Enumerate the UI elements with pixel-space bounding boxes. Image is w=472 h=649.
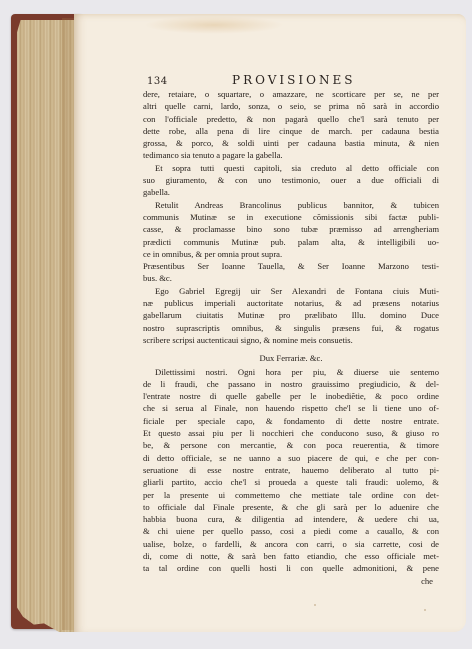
text-line: & chi uiene per quello passo, cosi a pie… [143, 525, 439, 537]
page-text: dere, retaiare, o squartare, o amazzare,… [143, 88, 439, 587]
text-line: ficiale per speciale capo, & fondamento … [143, 415, 439, 427]
paragraph-retulit: Retulit Andreas Brancolinus publicus ban… [143, 199, 439, 260]
paragraph-notary: Ego Gabriel Egregij uir Ser Alexandri de… [143, 285, 439, 346]
paragraph-official-oath: Et sopra tutti questi capitoli, sia cred… [143, 162, 439, 199]
paragraph-ducal-letter: Dilettissimi nostri. Ogni hora per piu, … [143, 366, 439, 575]
text-line: de li fraudi, che passano in nostro grau… [143, 378, 439, 390]
text-line: bus. &c. [143, 272, 439, 284]
text-line: dette robe, alla pena di lire cinque de … [143, 125, 439, 137]
text-line: di detto officiale, se ne uanno a suo pi… [143, 452, 439, 464]
text-line: Et sopra tutti questi capitoli, sia cred… [143, 162, 439, 174]
text-line: grossa, & porco, & soldi uinti per cadau… [143, 137, 439, 149]
running-head: PROVISIONES [232, 73, 355, 87]
text-line: communis Mutinæ se in executione cõmissi… [143, 211, 439, 223]
paper-spot [424, 609, 426, 611]
page-number: 134 [147, 76, 168, 87]
text-line: Præsentibus Ser Ioanne Tauella, & Ser Io… [143, 260, 439, 272]
text-line: tedimanco sia tenuto a pagare la gabella… [143, 149, 439, 161]
text-line: di, come di notte, & sarà ben fatto etia… [143, 550, 439, 562]
text-line: gabella. [143, 186, 439, 198]
text-line: Dilettissimi nostri. Ogni hora per piu, … [143, 366, 439, 378]
text-line: prædicti communis Mutinæ pub. palam alta… [143, 236, 439, 248]
text-line: suo giuramento, & con uno testimonio, ou… [143, 174, 439, 186]
text-line: gliarli partito, accio che'l si proueda … [143, 476, 439, 488]
text-line: ce in omnibus, & per omnia prout supra. [143, 248, 439, 260]
catchword: che [143, 575, 439, 587]
paragraph-gabella-penalty: dere, retaiare, o squartare, o amazzare,… [143, 88, 439, 162]
text-line: habbia buona cura, & diligentia ad inten… [143, 513, 439, 525]
paragraph-witnesses: Præsentibus Ser Ioanne Tauella, & Ser Io… [143, 260, 439, 285]
text-line: casse, & proclamasse bino sono tubæ præm… [143, 223, 439, 235]
section-heading-dux-ferrariae: Dux Ferrariæ. &c. [143, 346, 439, 365]
text-line: dere, retaiare, o squartare, o amazzare,… [143, 88, 439, 100]
paper-spot [314, 604, 316, 606]
text-line: to officiale dal Finale presente, & che … [143, 501, 439, 513]
text-line: ualise, bolze, o fardelli, & ancora con … [143, 538, 439, 550]
text-line: gabellarum ciuitatis Mutinæ pro prælibat… [143, 309, 439, 321]
text-line: be, & persone con mercantie, & con poca … [143, 439, 439, 451]
text-line: che si serua al Finale, non hauendo risp… [143, 402, 439, 414]
text-line: scribere scripsi auctenticaui signo, & n… [143, 334, 439, 346]
text-line: nostro suprascriptis omnibus, & singulis… [143, 322, 439, 334]
text-line: Et questo assai piu per li nocchieri che… [143, 427, 439, 439]
text-line: altri quelle carni, lardo, sonza, o seio… [143, 100, 439, 112]
text-line: Ego Gabriel Egregij uir Ser Alexandri de… [143, 285, 439, 297]
text-line: ta tal ordine con quelli hosti li con qu… [143, 562, 439, 574]
text-line: per la presente ui commettemo che mettia… [143, 489, 439, 501]
text-line: seruatione di esse nostre entrate, hauem… [143, 464, 439, 476]
text-line: l'entrate nostre di quelle gabelle per l… [143, 390, 439, 402]
text-line: næ publicus imperiali auctoritate notari… [143, 297, 439, 309]
text-line: con l'officiale predetto, & non pagarà q… [143, 113, 439, 125]
text-line: Retulit Andreas Brancolinus publicus ban… [143, 199, 439, 211]
